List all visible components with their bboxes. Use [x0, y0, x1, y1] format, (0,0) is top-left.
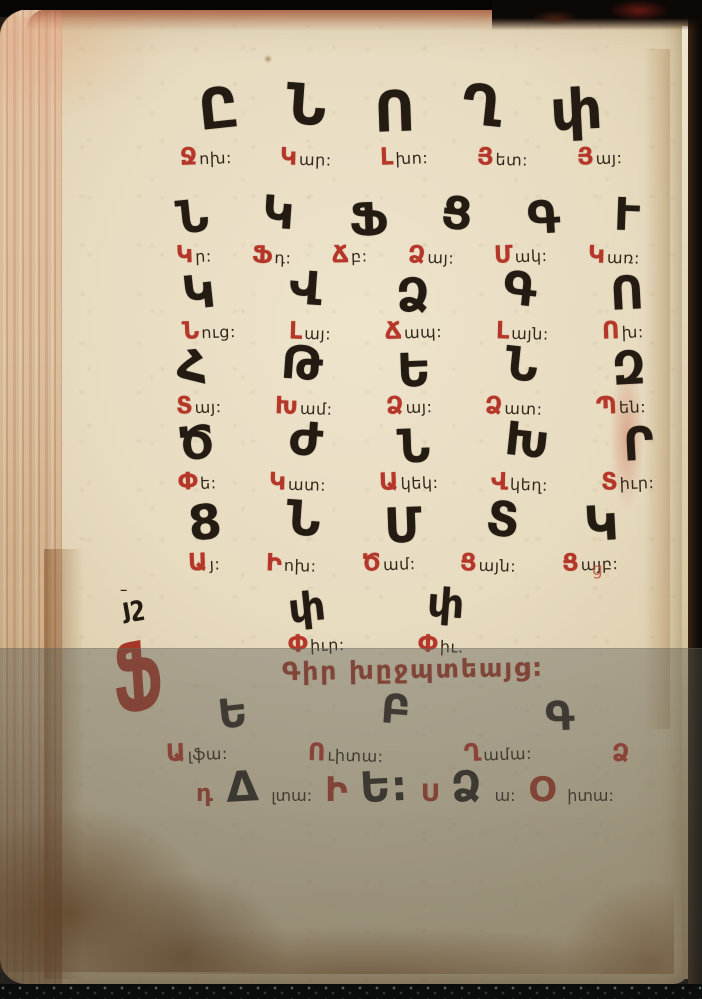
photo-frame: ԸՆՈՂփ Ջոխ:Կար:Լխո:Յետ:Յայ: ՆԿՖՑԳՒ Կր:Ֆդ:… [0, 0, 702, 999]
manuscript-letter: Հ [174, 343, 209, 392]
manuscript-letter: Կ [180, 267, 217, 316]
letter-row: ԾԺՆԽՐ Փե:Կատ:Ակեկ:Վկեղ:Տիւր: [178, 418, 654, 495]
letter-name-initial: Ա [379, 467, 399, 496]
letter-name-rest: իւր: [619, 473, 654, 493]
caption-line: Այ:Իոխ:Ծամ:Ցայն:Ցայբ: [188, 548, 618, 576]
letter-row: 8ՆՄՏԿ Այ:Իոխ:Ծամ:Ցայն:Ցայբ: [188, 497, 618, 576]
letter-name-initial: Ճ [385, 316, 403, 345]
letter-name-rest: ար: [299, 150, 332, 170]
letter-name: Ճապ: [385, 315, 443, 345]
letter-name-rest: դ: [274, 248, 291, 267]
letter-name-initial: Ա [188, 548, 208, 577]
letter-name: Ճբ: [331, 239, 367, 268]
letter-name-initial: Ֆ [252, 240, 273, 269]
letter-row: փփ Փիւր:Փիւ. [288, 586, 464, 657]
stray-red-mark: ց [592, 560, 603, 580]
manuscript-letter: Գ [526, 194, 561, 241]
manuscript-letter: Ն [284, 77, 328, 136]
letter-row: ՆԿՖՑԳՒ Կր:Ֆդ:Ճբ:Ձայ:Մակ:Կառ: [176, 192, 640, 268]
letter-name: Ձայ: [385, 390, 432, 420]
letter-name: Ցայբ: [561, 547, 618, 577]
caption-line: Տայ:Խամ:Ձայ:Ձատ:Պեն: [176, 391, 646, 419]
manuscript-letter: Ժ [287, 415, 324, 463]
letter-name-initial: Յ [576, 142, 594, 171]
caption-line: Փե:Կատ:Ակեկ:Վկեղ:Տիւր: [178, 467, 654, 495]
letter-name-rest: կեղ: [510, 475, 548, 495]
letter-name-rest: այ: [427, 248, 454, 268]
manuscript-letter: 8 [186, 497, 224, 548]
manuscript-letter: Ֆ [348, 196, 388, 242]
letter-name-initial: Ո [602, 316, 621, 345]
letter-name-rest: խ: [622, 322, 645, 342]
letter-name-rest: այ: [405, 397, 432, 417]
letter-name-initial: Ճ [331, 240, 349, 269]
manuscript-letter: Ե [396, 346, 431, 393]
manuscript-letter: փ [425, 583, 465, 626]
letter-line: փփ [288, 586, 464, 626]
letter-name-initial: Ձ [485, 391, 503, 419]
manuscript-letter: Կ [261, 189, 296, 236]
letter-name-rest: ետ: [495, 150, 528, 170]
letter-name: Պեն: [596, 390, 647, 420]
letter-name-rest: յ: [209, 554, 220, 573]
caption-line: Կր:Ֆդ:Ճբ:Ձայ:Մակ:Կառ: [176, 240, 640, 268]
letter-name-initial: Պ [596, 391, 618, 420]
manuscript-letter: Ն [174, 192, 211, 240]
letter-name-rest: խո: [396, 148, 429, 168]
caption-line: Նուց:Լայ:Ճապ:Լայն:Ոխ: [182, 316, 644, 344]
letter-name-initial: Փ [178, 467, 199, 496]
letter-name-rest: ե: [200, 473, 217, 493]
manuscript-letter: Զ [611, 344, 647, 392]
letter-line: ԿՎՁԳՈ [182, 267, 644, 313]
letter-name: Յայ: [576, 141, 622, 171]
letter-line: ԸՆՈՂփ [198, 80, 602, 136]
manuscript-letter: Ն [396, 422, 430, 469]
letter-name-initial: Լ [380, 142, 394, 170]
letter-line: 8ՆՄՏԿ [188, 497, 618, 545]
letter-line: ՆԿՖՑԳՒ [176, 192, 640, 237]
letter-name: Ձայ: [407, 240, 454, 269]
manuscript-letter: Ո [609, 269, 645, 317]
letter-name-initial: Կ [176, 240, 194, 269]
letter-name-initial: Ծ [361, 548, 381, 577]
letter-name-rest: են: [619, 397, 647, 417]
letter-name-initial: Յ [477, 142, 494, 170]
letter-name-initial: Ց [460, 548, 477, 576]
letter-row: ՀԹԵՆԶ Տայ:Խամ:Ձայ:Ձատ:Պեն: [176, 342, 646, 419]
background-top-right [492, 0, 702, 30]
letter-name-rest: ուց: [201, 322, 236, 342]
manuscript-letter: Մ [384, 501, 423, 550]
letter-name: Ցայն: [460, 548, 517, 577]
highlight-band [0, 648, 702, 985]
manuscript-letter: Ը [195, 80, 241, 140]
letter-name: Ֆդ: [252, 240, 292, 269]
letter-name-initial: Կ [280, 142, 298, 170]
manuscript-letter: Գ [501, 264, 539, 313]
manuscript-letter: Վ [287, 264, 323, 312]
letter-row: ԸՆՈՂփ Ջոխ:Կար:Լխո:Յետ:Յայ: [198, 80, 602, 170]
manuscript-letter: Ց [439, 189, 475, 237]
manuscript-letter: Ձ [395, 271, 430, 318]
manuscript-letter: Թ [279, 339, 324, 388]
manuscript-letter: Տ [484, 494, 522, 545]
letter-name-initial: Տ [600, 467, 618, 496]
letter-name-rest: ապ: [404, 322, 443, 342]
letter-name-initial: Ջ [180, 142, 198, 171]
letter-name-rest: ամ: [382, 554, 415, 574]
caption-line: Ջոխ:Կար:Լխո:Յետ:Յայ: [180, 142, 622, 170]
letter-name-rest: կեկ: [400, 473, 438, 493]
letter-name-rest: բ: [351, 246, 368, 266]
manuscript-letter: Ո [373, 84, 416, 141]
table-surface-strip [0, 984, 702, 999]
letter-name: Փե: [178, 466, 217, 495]
letter-name: Ջոխ: [180, 141, 233, 171]
manuscript-letter: Կ [583, 499, 620, 549]
letter-name-rest: ոխ: [283, 556, 316, 576]
manuscript-letter: փ [548, 82, 603, 141]
letter-line: ԾԺՆԽՐ [178, 418, 654, 464]
letter-name-rest: այն: [479, 556, 517, 576]
letter-name: Ծամ: [361, 547, 415, 577]
letter-name-initial: Ց [561, 548, 579, 577]
letter-name-initial: Կ [588, 240, 606, 268]
manuscript-letter: Ր [622, 420, 655, 468]
manuscript-letter: Ծ [176, 418, 217, 468]
letter-name: Տիւր: [600, 466, 654, 496]
letter-name: Յետ: [477, 142, 529, 171]
manuscript-letter: Ղ [459, 77, 505, 137]
manuscript-letter: Խ [502, 415, 551, 465]
letter-name-initial: Ի [265, 548, 282, 576]
letter-line: ՀԹԵՆԶ [176, 342, 646, 388]
manuscript-letter: Ն [284, 494, 322, 544]
letter-row: ԿՎՁԳՈ Նուց:Լայ:Ճապ:Լայն:Ոխ: [182, 267, 644, 344]
manuscript-letter: Ւ [613, 192, 640, 238]
letter-name: Այ: [188, 547, 221, 576]
letter-name-initial: Ձ [385, 391, 403, 420]
manuscript-letter: փ [286, 586, 327, 630]
letter-name-initial: Կ [269, 467, 287, 495]
letter-name: Ակեկ: [379, 466, 439, 496]
letter-name: Լխո: [380, 141, 429, 171]
letter-name-rest: ոխ: [199, 148, 232, 168]
letter-name: Կար: [280, 142, 332, 171]
letter-name-rest: այ: [595, 148, 622, 168]
letter-name: Իոխ: [265, 548, 316, 577]
letter-name-initial: Ձ [407, 240, 425, 268]
manuscript-letter: Ն [503, 339, 541, 388]
